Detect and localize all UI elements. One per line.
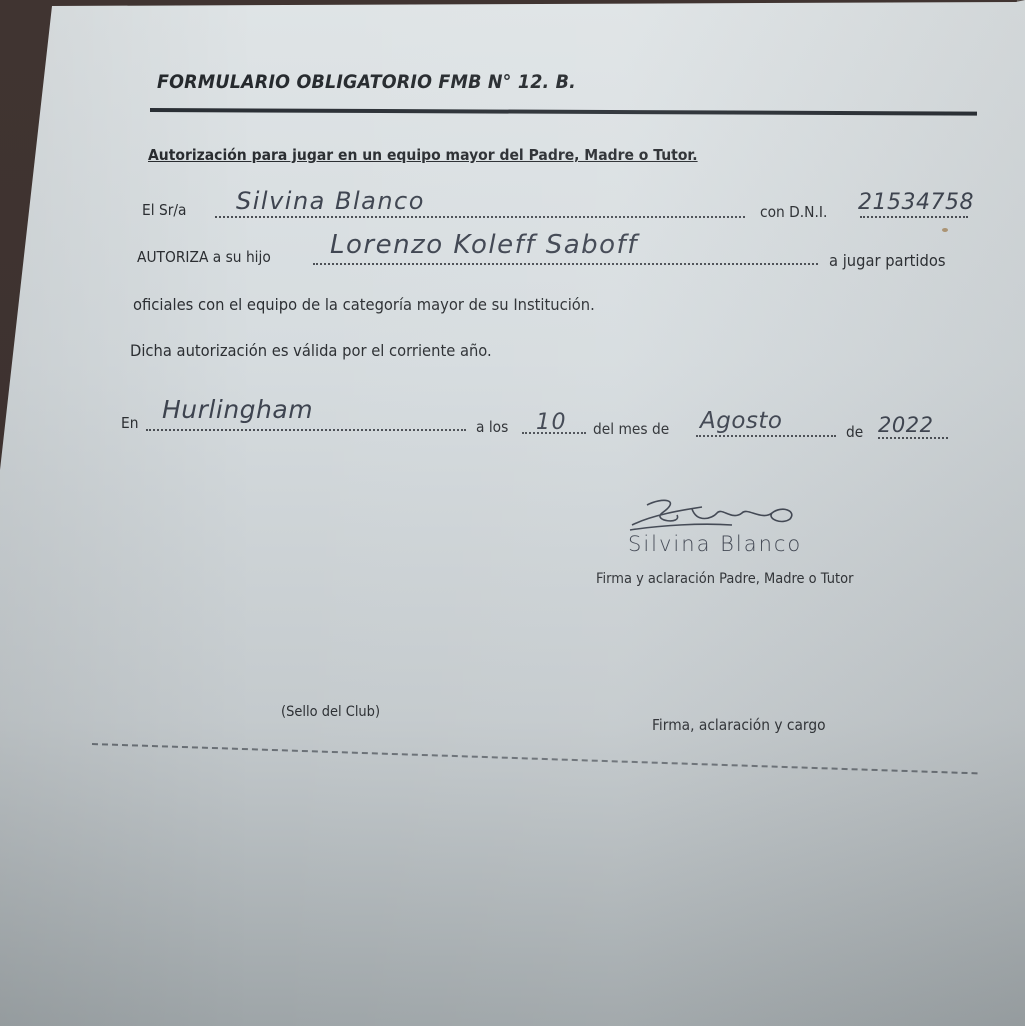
name-dotted-line xyxy=(215,216,745,218)
club-signature-label: Firma, aclaración y cargo xyxy=(652,716,826,734)
month-dotted-line xyxy=(696,435,836,437)
year-dotted-line xyxy=(878,437,948,439)
title-rule xyxy=(150,108,977,116)
handwritten-year: 2022 xyxy=(878,413,933,437)
handwritten-dni: 21534758 xyxy=(858,190,974,215)
label-a-los: a los xyxy=(476,418,508,436)
handwritten-day: 10 xyxy=(536,410,567,435)
signature-caption: Firma y aclaración Padre, Madre o Tutor xyxy=(596,571,853,587)
handwritten-month: Agosto xyxy=(700,408,782,434)
label-dni: con D.N.I. xyxy=(760,203,827,221)
handwritten-parent-name: Silvina Blanco xyxy=(236,187,425,215)
handwritten-child-name: Lorenzo Koleff Saboff xyxy=(330,230,638,260)
dni-dotted-line xyxy=(860,216,968,218)
cut-line xyxy=(92,743,978,774)
paper-sheet: FORMULARIO OBLIGATORIO FMB N° 12. B. Aut… xyxy=(0,0,1025,1026)
signature-scribble-icon xyxy=(622,495,812,535)
label-en: En xyxy=(121,414,138,432)
label-autoriza: AUTORIZA a su hijo xyxy=(137,248,271,266)
label-jugar-partidos: a jugar partidos xyxy=(829,251,946,270)
body-line-oficiales: oficiales con el equipo de la categoría … xyxy=(133,295,595,314)
photo-scene: FORMULARIO OBLIGATORIO FMB N° 12. B. Aut… xyxy=(0,0,1025,1026)
label-del-mes: del mes de xyxy=(593,420,669,438)
child-dotted-line xyxy=(313,263,818,265)
body-line-validez: Dicha autorización es válida por el corr… xyxy=(130,341,492,360)
club-seal-label: (Sello del Club) xyxy=(281,704,380,720)
signature-clarification: Silvina Blanco xyxy=(628,532,802,556)
label-de: de xyxy=(846,423,863,441)
label-sr: El Sr/a xyxy=(142,201,186,219)
paper-stain xyxy=(942,228,948,232)
handwritten-place: Hurlingham xyxy=(162,395,313,424)
place-dotted-line xyxy=(146,429,466,431)
form-title: FORMULARIO OBLIGATORIO FMB N° 12. B. xyxy=(157,71,576,93)
form-subtitle: Autorización para jugar en un equipo may… xyxy=(148,146,698,164)
